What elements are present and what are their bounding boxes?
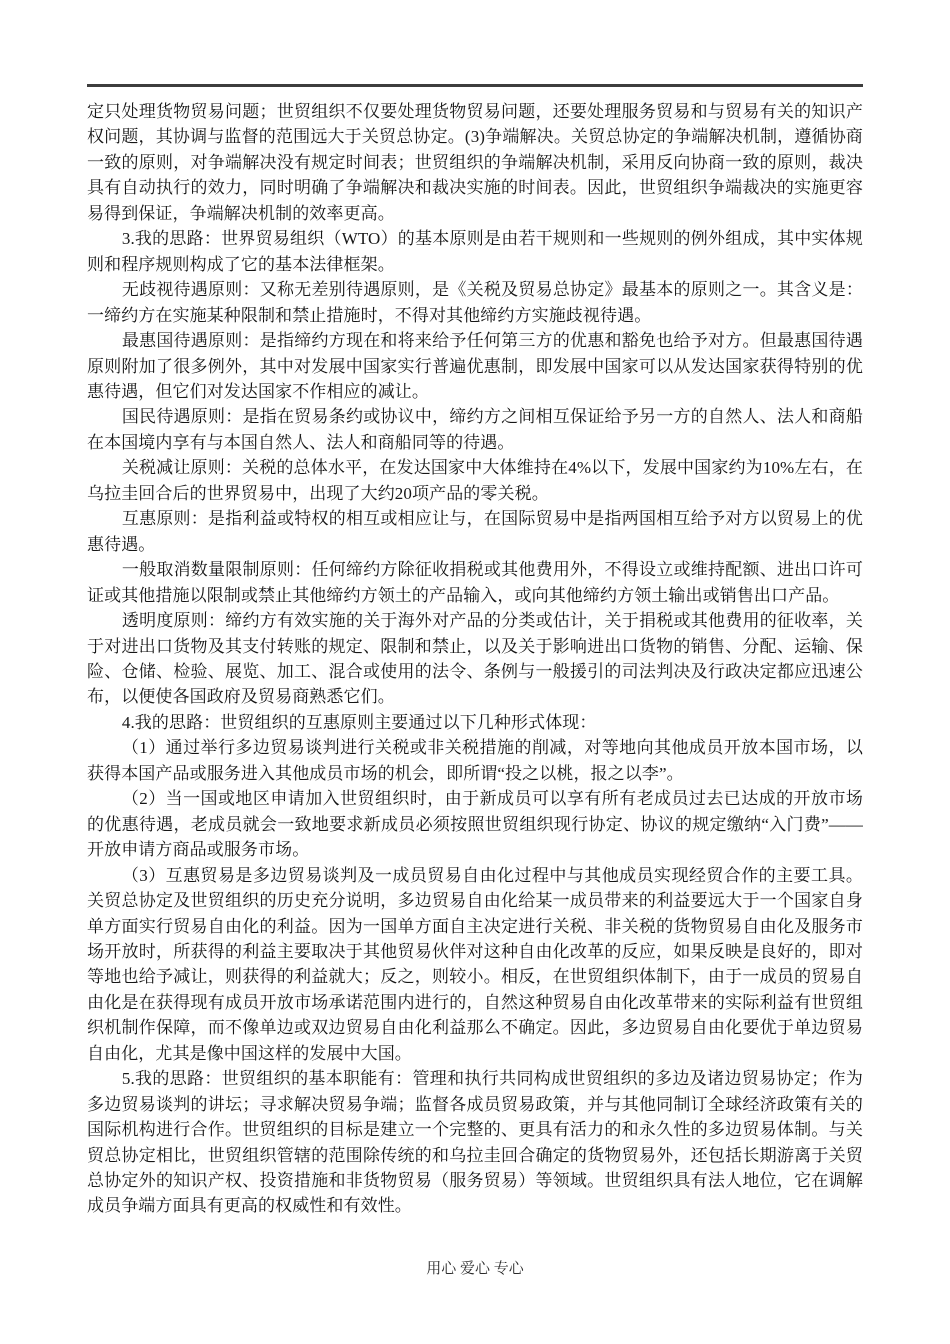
paragraph-point-1: （1）通过举行多边贸易谈判进行关税或非关税措施的削减，对等地向其他成员开放本国市… xyxy=(87,735,863,786)
paragraph-mfn-principle: 最惠国待遇原则：是指缔约方现在和将来给予任何第三方的优惠和豁免也给予对方。但最惠… xyxy=(87,328,863,404)
paragraph-continuation: 定只处理货物贸易问题；世贸组织不仅要处理货物贸易问题，还要处理服务贸易和与贸易有… xyxy=(87,99,863,226)
paragraph-item-4: 4.我的思路：世贸组织的互惠原则主要通过以下几种形式体现： xyxy=(87,710,863,735)
page-footer-motto: 用心 爱心 专心 xyxy=(0,1257,950,1278)
header-rule xyxy=(87,84,863,87)
paragraph-quantity-restriction-principle: 一般取消数量限制原则：任何缔约方除征收捐税或其他费用外，不得设立或维持配额、进出… xyxy=(87,557,863,608)
paragraph-transparency-principle: 透明度原则：缔约方有效实施的关于海外对产品的分类或估计，关于捐税或其他费用的征收… xyxy=(87,608,863,710)
paragraph-national-treatment-principle: 国民待遇原则：是指在贸易条约或协议中，缔约方之间相互保证给予另一方的自然人、法人… xyxy=(87,404,863,455)
document-page: 定只处理货物贸易问题；世贸组织不仅要处理货物贸易问题，还要处理服务贸易和与贸易有… xyxy=(0,0,950,1344)
paragraph-point-3: （3）互惠贸易是多边贸易谈判及一成员贸易自由化过程中与其他成员实现经贸合作的主要… xyxy=(87,863,863,1067)
document-body: 定只处理货物贸易问题；世贸组织不仅要处理货物贸易问题，还要处理服务贸易和与贸易有… xyxy=(87,99,863,1219)
paragraph-point-2: （2）当一国或地区申请加入世贸组织时，由于新成员可以享有所有老成员过去已达成的开… xyxy=(87,786,863,862)
paragraph-reciprocity-principle: 互惠原则：是指利益或特权的相互或相应让与，在国际贸易中是指两国相互给予对方以贸易… xyxy=(87,506,863,557)
paragraph-item-3: 3.我的思路：世界贸易组织（WTO）的基本原则是由若干规则和一些规则的例外组成，… xyxy=(87,226,863,277)
paragraph-item-5: 5.我的思路：世贸组织的基本职能有：管理和执行共同构成世贸组织的多边及诸边贸易协… xyxy=(87,1066,863,1219)
paragraph-nondiscrimination-principle: 无歧视待遇原则：又称无差别待遇原则，是《关税及贸易总协定》最基本的原则之一。其含… xyxy=(87,277,863,328)
paragraph-tariff-reduction-principle: 关税减让原则：关税的总体水平，在发达国家中大体维持在4%以下，发展中国家约为10… xyxy=(87,455,863,506)
